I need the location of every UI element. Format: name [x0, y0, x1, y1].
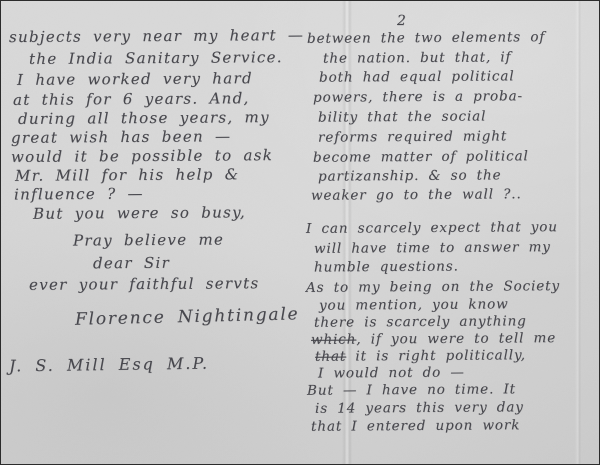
handwriting-line: I can scarcely expect that you — [306, 221, 558, 236]
letter-scan: subjects very near my heart — the India … — [0, 0, 600, 465]
line-rest: , if you were to tell me — [356, 330, 556, 347]
handwriting-line: during all those years, my — [18, 110, 270, 127]
handwriting-line: is 14 years this very day — [315, 401, 524, 416]
handwriting-line: both had equal political — [319, 70, 515, 85]
handwriting-line: great wish has been — — [11, 129, 231, 146]
handwriting-line: between the two elements of — [307, 31, 545, 46]
handwriting-line: Mr. Mill for his help & — [15, 167, 239, 184]
handwriting-line: ever your faithful servts — [29, 276, 260, 293]
addressee-line: J. S. Mill Esq M.P. — [9, 356, 209, 375]
right-edge-crease — [575, 1, 581, 464]
handwriting-line: partizanship. & so the — [318, 169, 502, 184]
handwriting-line: powers, there is a proba- — [313, 90, 523, 105]
handwriting-line: the nation. but that, if — [323, 51, 512, 66]
handwriting-line: the India Sanitary Service. — [29, 50, 283, 67]
handwriting-line: I have worked very hard — [17, 71, 253, 88]
handwriting-line: Pray believe me — [73, 232, 224, 248]
handwriting-line: dear Sir — [93, 256, 170, 272]
handwriting-line: become matter of political — [313, 150, 529, 165]
signature: Florence Nightingale — [75, 306, 300, 328]
handwriting-line: bility that the social — [318, 110, 486, 125]
handwriting-line: humble questions. — [314, 260, 459, 275]
handwriting-line: weaker go to the wall ?.. — [311, 188, 522, 203]
page-number: 2 — [397, 14, 407, 28]
handwriting-line: But you were so busy, — [33, 205, 246, 221]
handwriting-line: at this for 6 years. And, — [13, 91, 250, 108]
handwriting-line: reforms required might — [318, 130, 507, 145]
handwriting-line: will have time to answer my — [314, 241, 551, 256]
handwriting-line: influence ? — — [14, 187, 144, 203]
struck-word: which — [311, 332, 356, 348]
handwriting-line: But — I have no time. It — [307, 383, 516, 398]
handwriting-line: which, if you were to tell me — [311, 332, 556, 347]
line-rest: it is right politically, — [346, 347, 526, 364]
struck-word: that — [315, 349, 346, 365]
handwriting-line: As to my being on the Society — [306, 280, 560, 295]
handwriting-line: subjects very near my heart — — [9, 28, 304, 45]
handwriting-line: I would not do — — [318, 366, 465, 381]
handwriting-line: that it is right politically, — [315, 349, 526, 364]
handwriting-line: you mention, you know — [319, 298, 509, 313]
handwriting-line: that I entered upon work — [311, 419, 520, 434]
handwriting-line: would it be possible to ask — [11, 148, 273, 165]
handwriting-line: there is scarcely anything — [314, 315, 527, 330]
